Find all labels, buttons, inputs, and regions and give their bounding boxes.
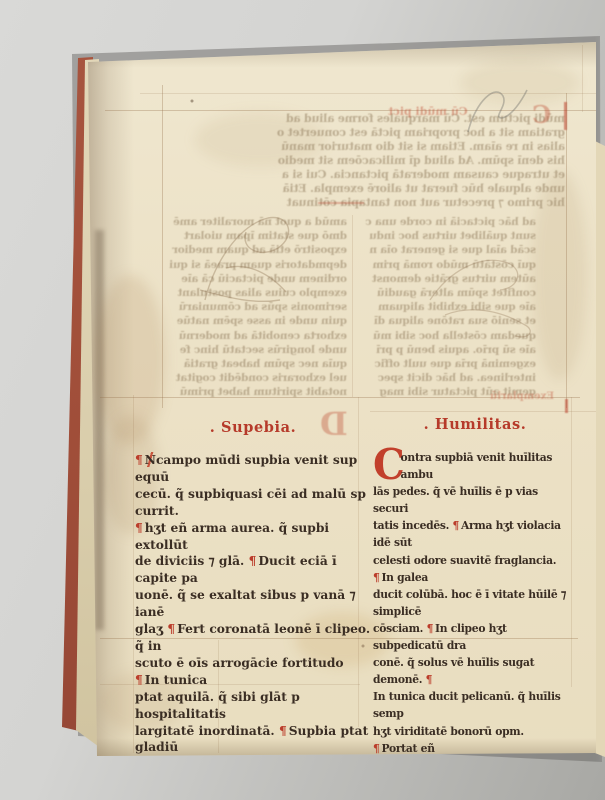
manuscript-photo: mūdi pictum est. Cū marquales forme aliu… (0, 0, 605, 800)
humilitas-paragraph: Contra supbiā venit huīlitas ambulās ped… (373, 449, 571, 800)
humilitas-lines: ontra supbiā venit huīlitas ambulās pede… (373, 450, 566, 800)
superbia-paragraph: ¶Ncampo mūdi supbia venit sup equūcecū. … (135, 452, 370, 800)
marginal-sketch-right (430, 260, 530, 337)
initial-c: C (373, 449, 401, 483)
marginal-sketch-left (200, 218, 289, 302)
pen-flourish (468, 90, 527, 132)
rubric-humilitas: . Humilitas. (373, 416, 577, 433)
rubric-superbia: . Supebia. (135, 419, 371, 436)
ink-speck (191, 100, 194, 103)
